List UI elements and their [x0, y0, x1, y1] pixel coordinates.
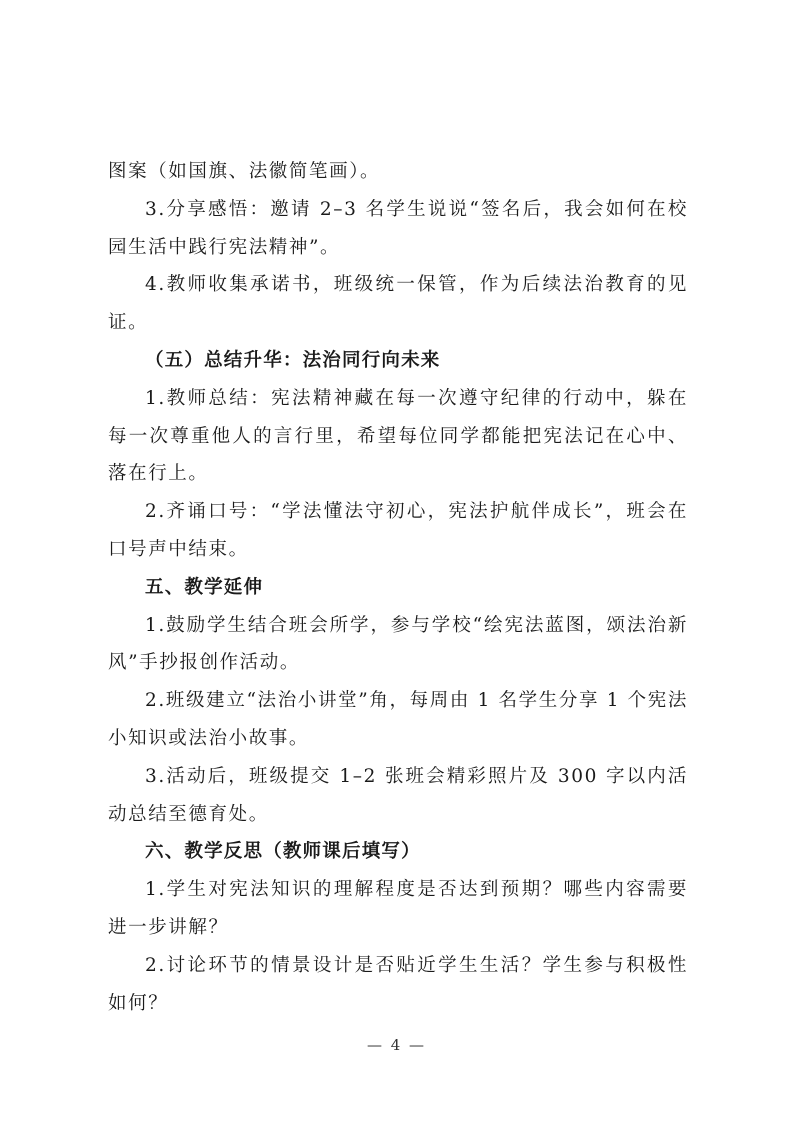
paragraph-reflection-2: 2.讨论环节的情景设计是否贴近学生生活？学生参与积极性如何？ — [108, 947, 688, 1023]
paragraph-collect-pledge: 4.教师收集承诺书，班级统一保管，作为后续法治教育的见证。 — [108, 266, 688, 342]
paragraph-extension-1: 1.鼓励学生结合班会所学，参与学校“绘宪法蓝图，颂法治新风”手抄报创作活动。 — [108, 607, 688, 683]
page-number: — 4 — — [0, 1036, 793, 1054]
paragraph-slogan: 2.齐诵口号：“学法懂法守初心，宪法护航伴成长”，班会在口号声中结束。 — [108, 493, 688, 569]
section-heading-extension: 五、教学延伸 — [108, 569, 688, 607]
paragraph-continued: 图案（如国旗、法徽简笔画）。 — [108, 153, 688, 191]
section-heading-summary: （五）总结升华：法治同行向未来 — [108, 342, 688, 380]
paragraph-reflection-1: 1.学生对宪法知识的理解程度是否达到预期？哪些内容需要进一步讲解？ — [108, 871, 688, 947]
paragraph-share-reflection: 3.分享感悟：邀请 2–3 名学生说说“签名后，我会如何在校园生活中践行宪法精神… — [108, 191, 688, 267]
section-heading-reflection: 六、教学反思（教师课后填写） — [108, 833, 688, 871]
paragraph-extension-2: 2.班级建立“法治小讲堂”角，每周由 1 名学生分享 1 个宪法小知识或法治小故… — [108, 682, 688, 758]
paragraph-extension-3: 3.活动后，班级提交 1–2 张班会精彩照片及 300 字以内活动总结至德育处。 — [108, 758, 688, 834]
document-page: 图案（如国旗、法徽简笔画）。 3.分享感悟：邀请 2–3 名学生说说“签名后，我… — [108, 153, 688, 1022]
paragraph-teacher-summary: 1.教师总结：宪法精神藏在每一次遵守纪律的行动中，躲在每一次尊重他人的言行里，希… — [108, 380, 688, 493]
